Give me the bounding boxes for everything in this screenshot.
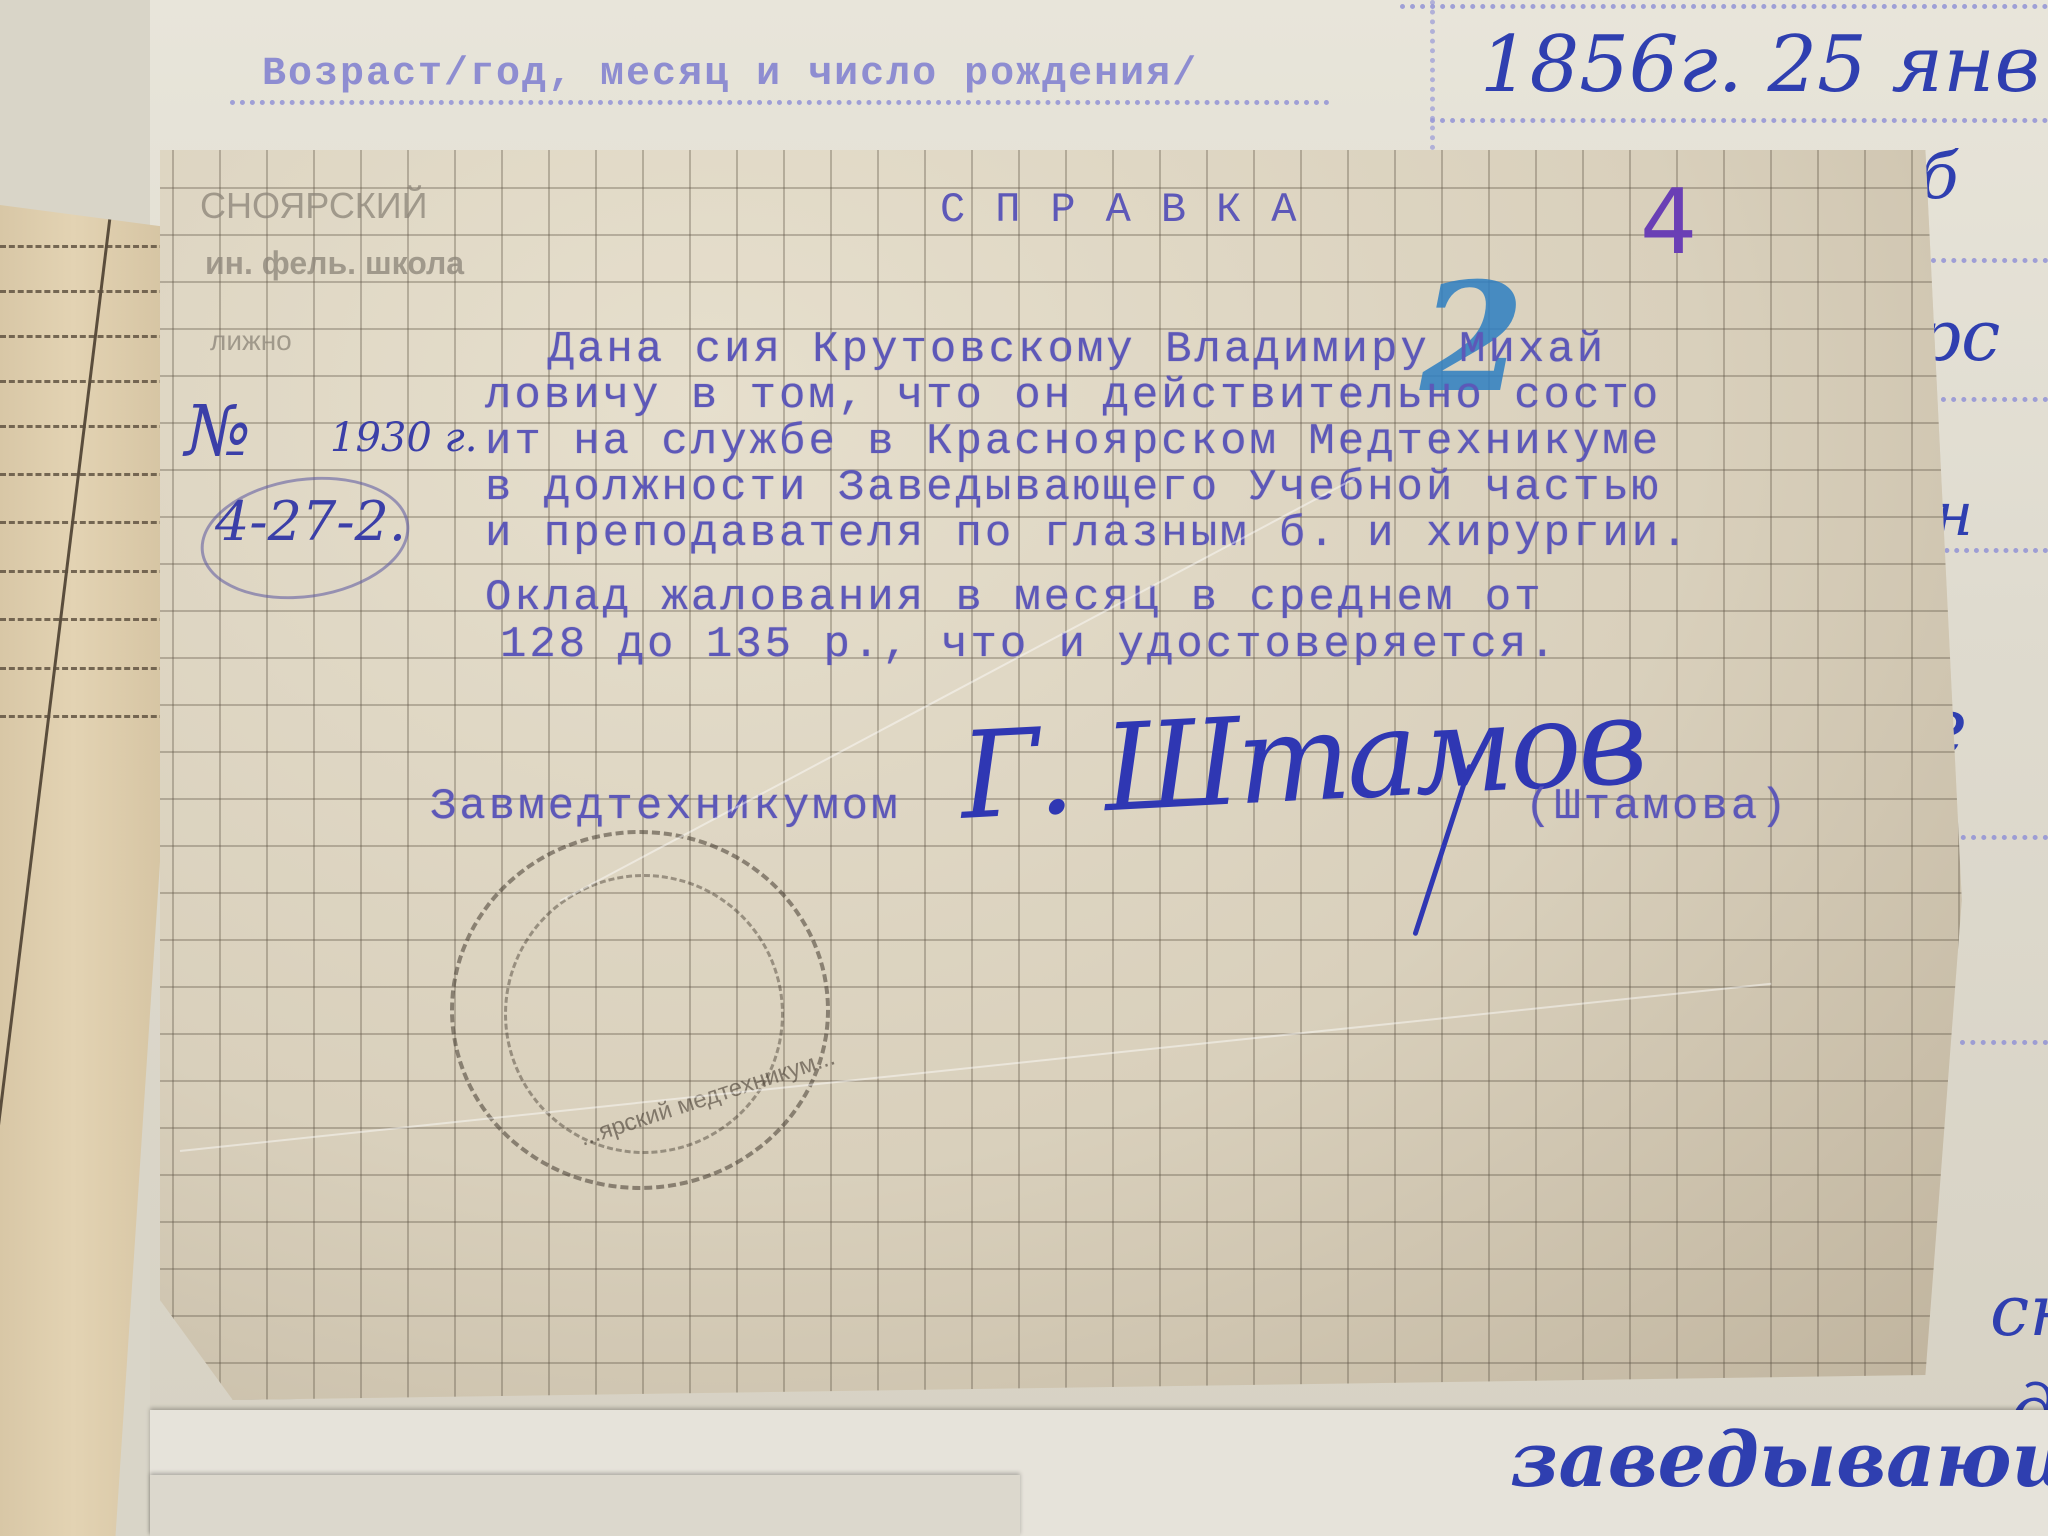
background-form-field-label: Возраст/год, месяц и число рождения/ [262, 52, 1198, 97]
background-dotted-line [230, 100, 1330, 105]
background-dotted-line [1960, 1040, 2048, 1045]
handwritten-birth-date: 1856г. 25 янв [1480, 20, 2040, 110]
body-line: в должности Заведывающего Учебной частью [485, 463, 1661, 513]
signatory-title: Завмедтехникумом [430, 782, 900, 832]
institution-stamp-line: лижно [210, 325, 292, 357]
registration-reference: 4-27-2. [215, 490, 406, 553]
background-dotted-line [1430, 118, 2048, 123]
handwritten-fragment: сн [1990, 1270, 2048, 1352]
background-dotted-line [1400, 4, 2048, 9]
institution-stamp-line: ин. фель. школа [205, 245, 464, 282]
body-line: и преподавателя по глазным б. и хирургии… [485, 509, 1691, 559]
registration-number-sign: № [185, 390, 251, 472]
handwritten-bottom-word: заведывающ [1510, 1415, 2048, 1504]
archive-page-number: 4 [1640, 170, 1697, 275]
signatory-name: (Штамова) [1525, 782, 1790, 832]
document-title: СПРАВКА [940, 186, 1326, 234]
body-line: Дана сия Крутовскому Владимиру Михай [430, 325, 1606, 375]
body-line: Оклад жалования в месяц в среднем от [485, 573, 1544, 623]
body-line: ит на службе в Красноярском Медтехникуме [485, 417, 1661, 467]
body-line: ловичу в том, что он действительно состо [485, 371, 1661, 421]
registration-year: 1930 г. [330, 415, 477, 461]
institution-stamp-line: СНОЯРСКИЙ [200, 185, 428, 227]
background-column-divider [1430, 0, 1435, 150]
round-seal-stamp: ...ярский медтехникум... [450, 830, 830, 1190]
underlying-sheet-bottom-2 [150, 1475, 1020, 1536]
body-line: 128 до 135 р., что и удостоверяется. [500, 620, 1559, 670]
